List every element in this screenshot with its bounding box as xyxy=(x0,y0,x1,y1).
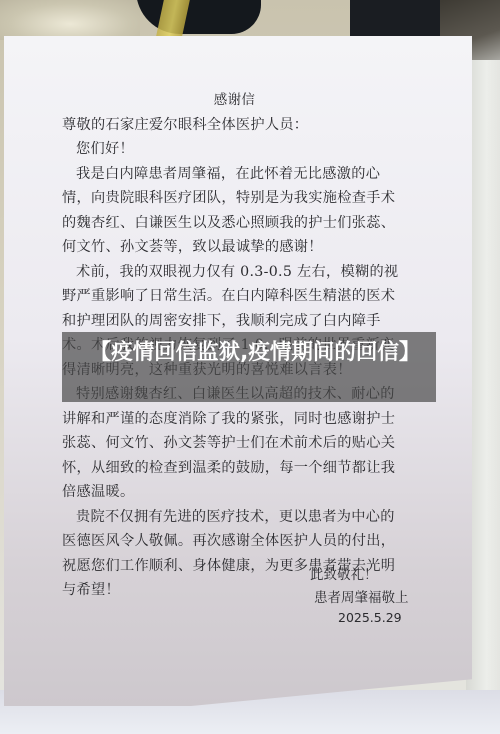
background-shoe xyxy=(136,0,261,34)
banner-title: 【疫情回信监狱,疫情期间的回信】 xyxy=(62,332,436,366)
letter-closing: 此致敬礼！ xyxy=(310,563,378,583)
letter-salutation: 尊敬的石家庄爱尔眼科全体医护人员： xyxy=(62,113,407,138)
letter-date: 2025.5.29 xyxy=(338,610,402,625)
background-floor xyxy=(0,0,140,40)
letter-paragraph: 我是白内障患者周肇福，在此怀着无比感激的心情，向贵院眼科医疗团队，特别是为我实施… xyxy=(62,162,407,260)
letter-greeting: 您们好！ xyxy=(62,137,407,162)
letter-signature: 患者周肇福敬上 xyxy=(314,586,409,606)
title-banner: 【疫情回信监狱,疫情期间的回信】 xyxy=(62,332,436,402)
letter-title: 感谢信 xyxy=(62,88,407,113)
